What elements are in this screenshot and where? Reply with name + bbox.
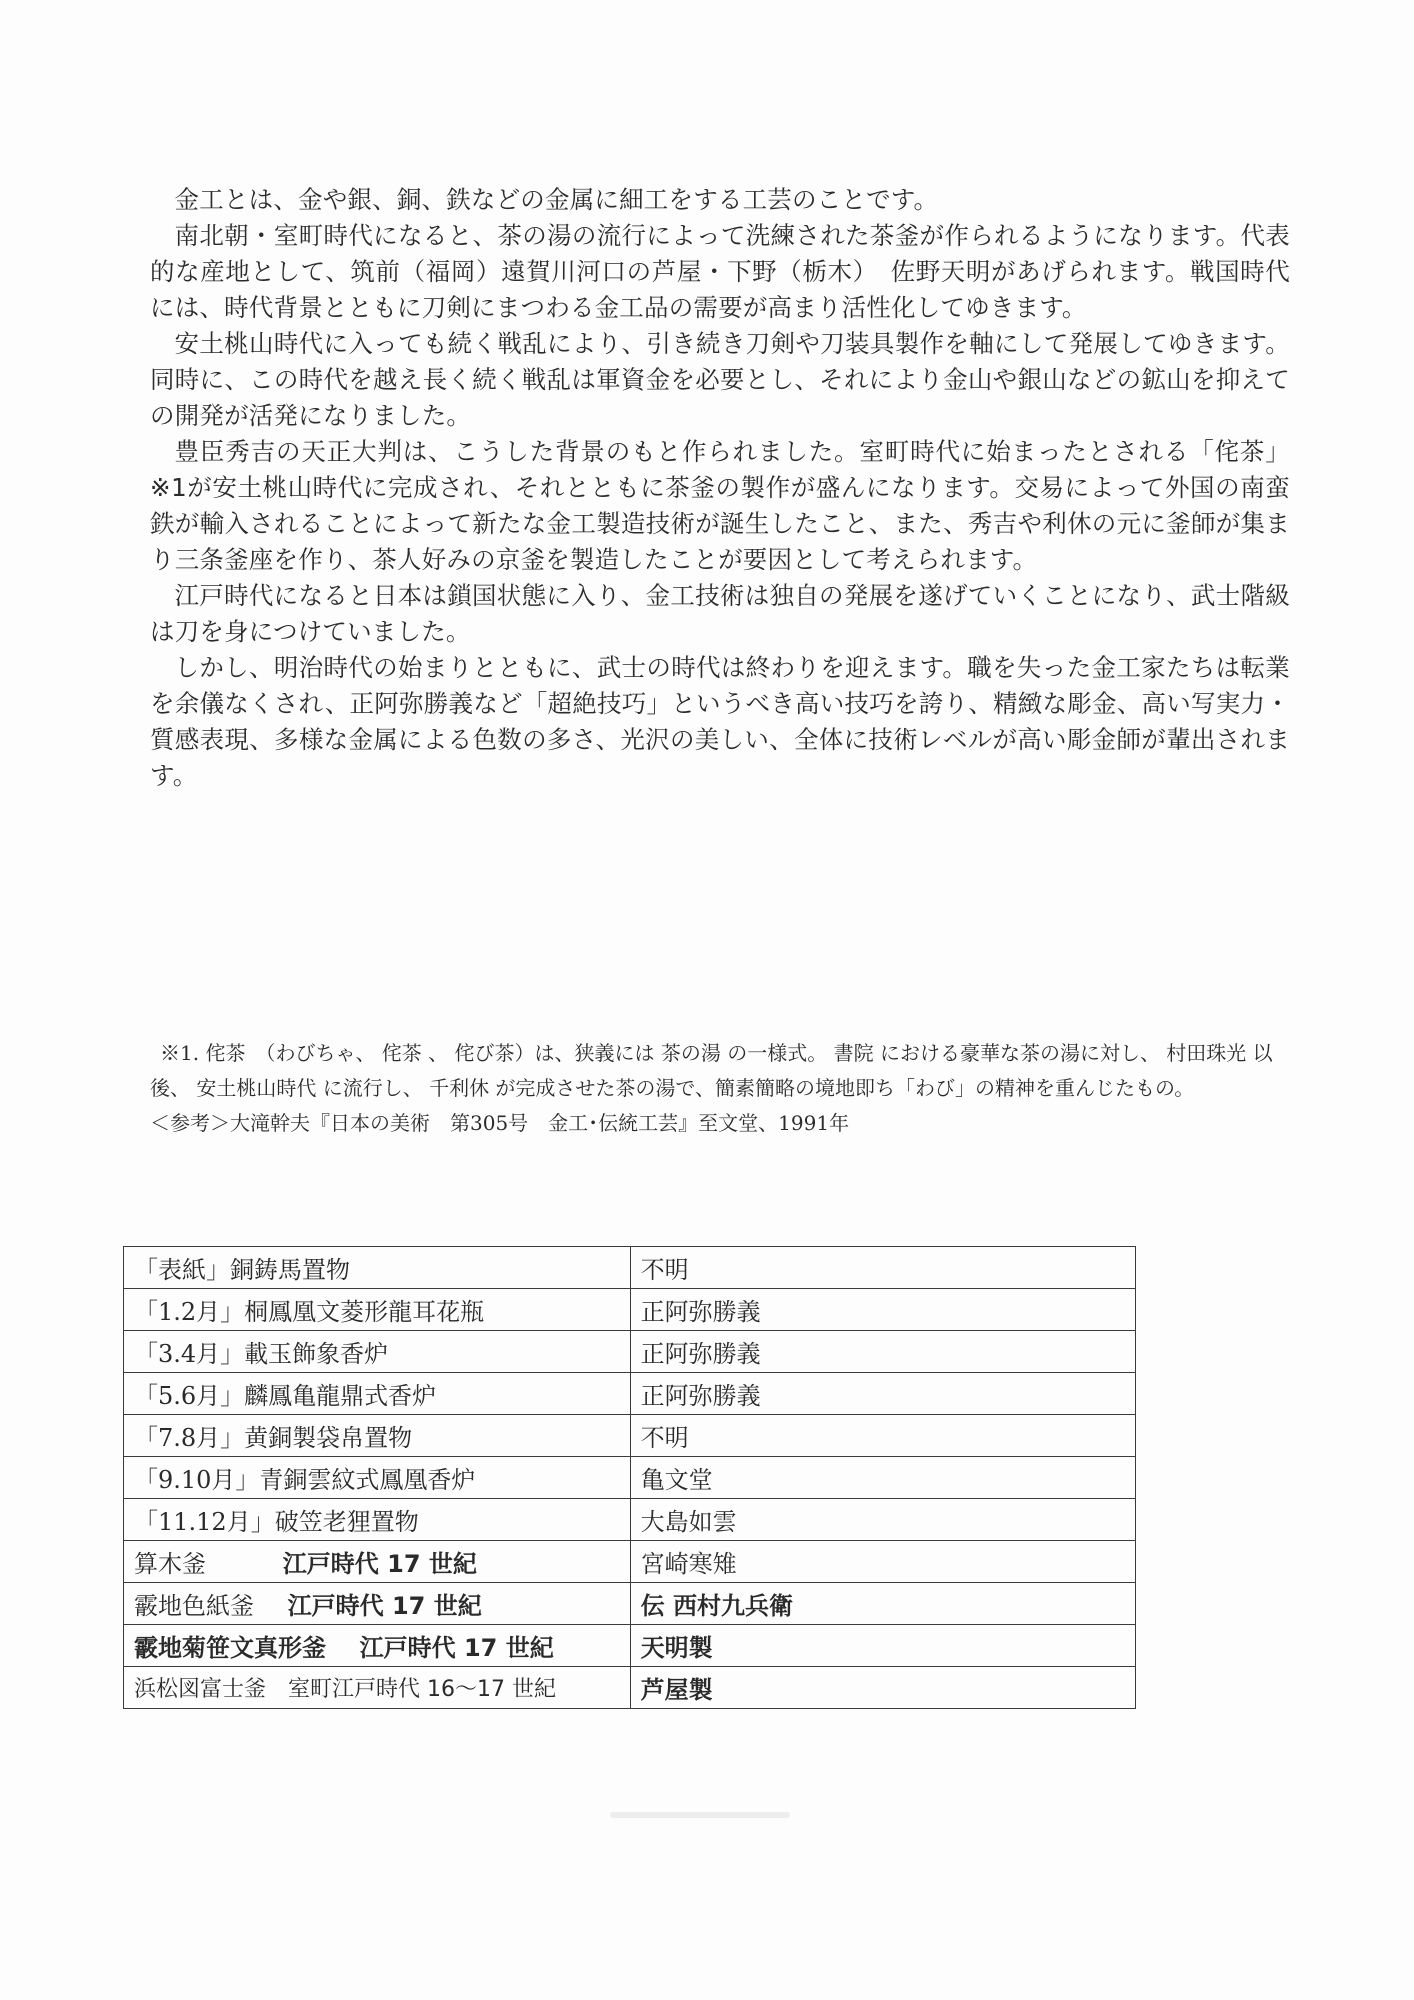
work-maker-cell: 亀文堂 [630,1457,1135,1499]
work-maker-cell: 芦屋製 [630,1667,1135,1709]
paragraph-toyotomi: 豊臣秀吉の天正大判は、こうした背景のもと作られました。室町時代に始まったとされる… [150,434,1290,578]
work-title-cell: 「11.12月」破笠老狸置物 [124,1499,631,1541]
work-period: 室町江戸時代 16～17 世紀 [288,1677,556,1702]
paragraph-meiji: しかし、明治時代の始まりとともに、武士の時代は終わりを迎えます。職を失った金工家… [150,650,1290,794]
paragraph-nanbokucho-muromachi: 南北朝・室町時代になると、茶の湯の流行によって洗練された茶釜が作られるようになり… [150,218,1290,326]
work-title: 霰地菊笹文真形釜 [134,1634,326,1662]
work-title: 「3.4月」載玉飾象香炉 [134,1340,388,1368]
work-title-cell: 「3.4月」載玉飾象香炉 [124,1331,631,1373]
work-title-cell: 「9.10月」青銅雲紋式鳳凰香炉 [124,1457,631,1499]
work-maker: 天明製 [641,1634,713,1662]
work-title-cell: 「表紙」銅鋳馬置物 [124,1247,631,1289]
work-title: 「9.10月」青銅雲紋式鳳凰香炉 [134,1466,475,1494]
work-maker: 正阿弥勝義 [641,1340,761,1368]
work-period: 江戸時代 17 世紀 [283,1550,477,1578]
table-row: 算木釜江戸時代 17 世紀 宮崎寒雉 [124,1541,1136,1583]
table-row: 「11.12月」破笠老狸置物 大島如雲 [124,1499,1136,1541]
table-row: 「5.6月」麟鳳亀龍鼎式香炉 正阿弥勝義 [124,1373,1136,1415]
table-row: 浜松図富士釜室町江戸時代 16～17 世紀 芦屋製 [124,1667,1136,1709]
work-title-cell: 「5.6月」麟鳳亀龍鼎式香炉 [124,1373,631,1415]
work-maker-cell: 伝 西村九兵衛 [630,1583,1135,1625]
work-period: 江戸時代 17 世紀 [288,1592,482,1620]
work-title: 浜松図富士釜 [134,1677,266,1702]
work-maker: 亀文堂 [641,1466,713,1494]
document-page: 金工とは、金や銀、銅、鉄などの金属に細工をする工芸のことです。 南北朝・室町時代… [0,0,1414,2000]
scan-smudge [610,1812,790,1818]
work-title: 「11.12月」破笠老狸置物 [134,1508,419,1536]
work-title: 算木釜 [134,1550,206,1578]
work-maker-cell: 正阿弥勝義 [630,1373,1135,1415]
work-title-cell: 「1.2月」桐鳳凰文菱形龍耳花瓶 [124,1289,631,1331]
work-maker-cell: 天明製 [630,1625,1135,1667]
paragraph-edo: 江戸時代になると日本は鎖国状態に入り、金工技術は独自の発展を遂げていくことになり… [150,578,1290,650]
work-maker: 伝 西村九兵衛 [641,1592,793,1620]
table-row: 霰地色紙釜江戸時代 17 世紀 伝 西村九兵衛 [124,1583,1136,1625]
table-row: 「7.8月」黄銅製袋帛置物 不明 [124,1415,1136,1457]
work-title: 「1.2月」桐鳳凰文菱形龍耳花瓶 [134,1298,484,1326]
work-title-cell: 霰地色紙釜江戸時代 17 世紀 [124,1583,631,1625]
work-maker: 不明 [641,1424,689,1452]
table-row: 「9.10月」青銅雲紋式鳳凰香炉 亀文堂 [124,1457,1136,1499]
work-maker: 宮崎寒雉 [641,1550,737,1578]
footnote-wabicha: ※1. 侘茶 （わびちゃ、 侘茶 、 侘び茶）は、狭義には 茶の湯 の一様式。 … [150,1036,1290,1106]
work-maker-cell: 宮崎寒雉 [630,1541,1135,1583]
work-title-cell: 算木釜江戸時代 17 世紀 [124,1541,631,1583]
reference-citation: ＜参考＞大滝幹夫『日本の美術 第305号 金工･伝統工芸』至文堂、1991年 [150,1106,1290,1141]
work-maker: 大島如雲 [641,1508,737,1536]
work-title-cell: 浜松図富士釜室町江戸時代 16～17 世紀 [124,1667,631,1709]
work-title: 「5.6月」麟鳳亀龍鼎式香炉 [134,1382,436,1410]
body-text: 金工とは、金や銀、銅、鉄などの金属に細工をする工芸のことです。 南北朝・室町時代… [150,182,1290,794]
work-maker: 正阿弥勝義 [641,1382,761,1410]
work-maker-cell: 大島如雲 [630,1499,1135,1541]
work-maker-cell: 不明 [630,1247,1135,1289]
work-period: 江戸時代 17 世紀 [360,1634,554,1662]
work-title-cell: 「7.8月」黄銅製袋帛置物 [124,1415,631,1457]
works-table: 「表紙」銅鋳馬置物 不明 「1.2月」桐鳳凰文菱形龍耳花瓶 正阿弥勝義 「3.4… [123,1246,1136,1709]
table-row: 「3.4月」載玉飾象香炉 正阿弥勝義 [124,1331,1136,1373]
work-title-cell: 霰地菊笹文真形釜江戸時代 17 世紀 [124,1625,631,1667]
work-maker: 正阿弥勝義 [641,1298,761,1326]
work-maker: 不明 [641,1256,689,1284]
work-maker-cell: 正阿弥勝義 [630,1289,1135,1331]
footnote-section: ※1. 侘茶 （わびちゃ、 侘茶 、 侘び茶）は、狭義には 茶の湯 の一様式。 … [150,1036,1290,1141]
work-title: 「7.8月」黄銅製袋帛置物 [134,1424,412,1452]
table-row: 「1.2月」桐鳳凰文菱形龍耳花瓶 正阿弥勝義 [124,1289,1136,1331]
paragraph-azuchi-momoyama: 安土桃山時代に入っても続く戦乱により、引き続き刀剣や刀装具製作を軸にして発展して… [150,326,1290,434]
work-title: 「表紙」銅鋳馬置物 [134,1256,350,1284]
work-title: 霰地色紙釜 [134,1592,254,1620]
work-maker: 芦屋製 [641,1676,713,1704]
work-maker-cell: 正阿弥勝義 [630,1331,1135,1373]
work-maker-cell: 不明 [630,1415,1135,1457]
table-row: 霰地菊笹文真形釜江戸時代 17 世紀 天明製 [124,1625,1136,1667]
table-row: 「表紙」銅鋳馬置物 不明 [124,1247,1136,1289]
paragraph-intro: 金工とは、金や銀、銅、鉄などの金属に細工をする工芸のことです。 [150,182,1290,218]
